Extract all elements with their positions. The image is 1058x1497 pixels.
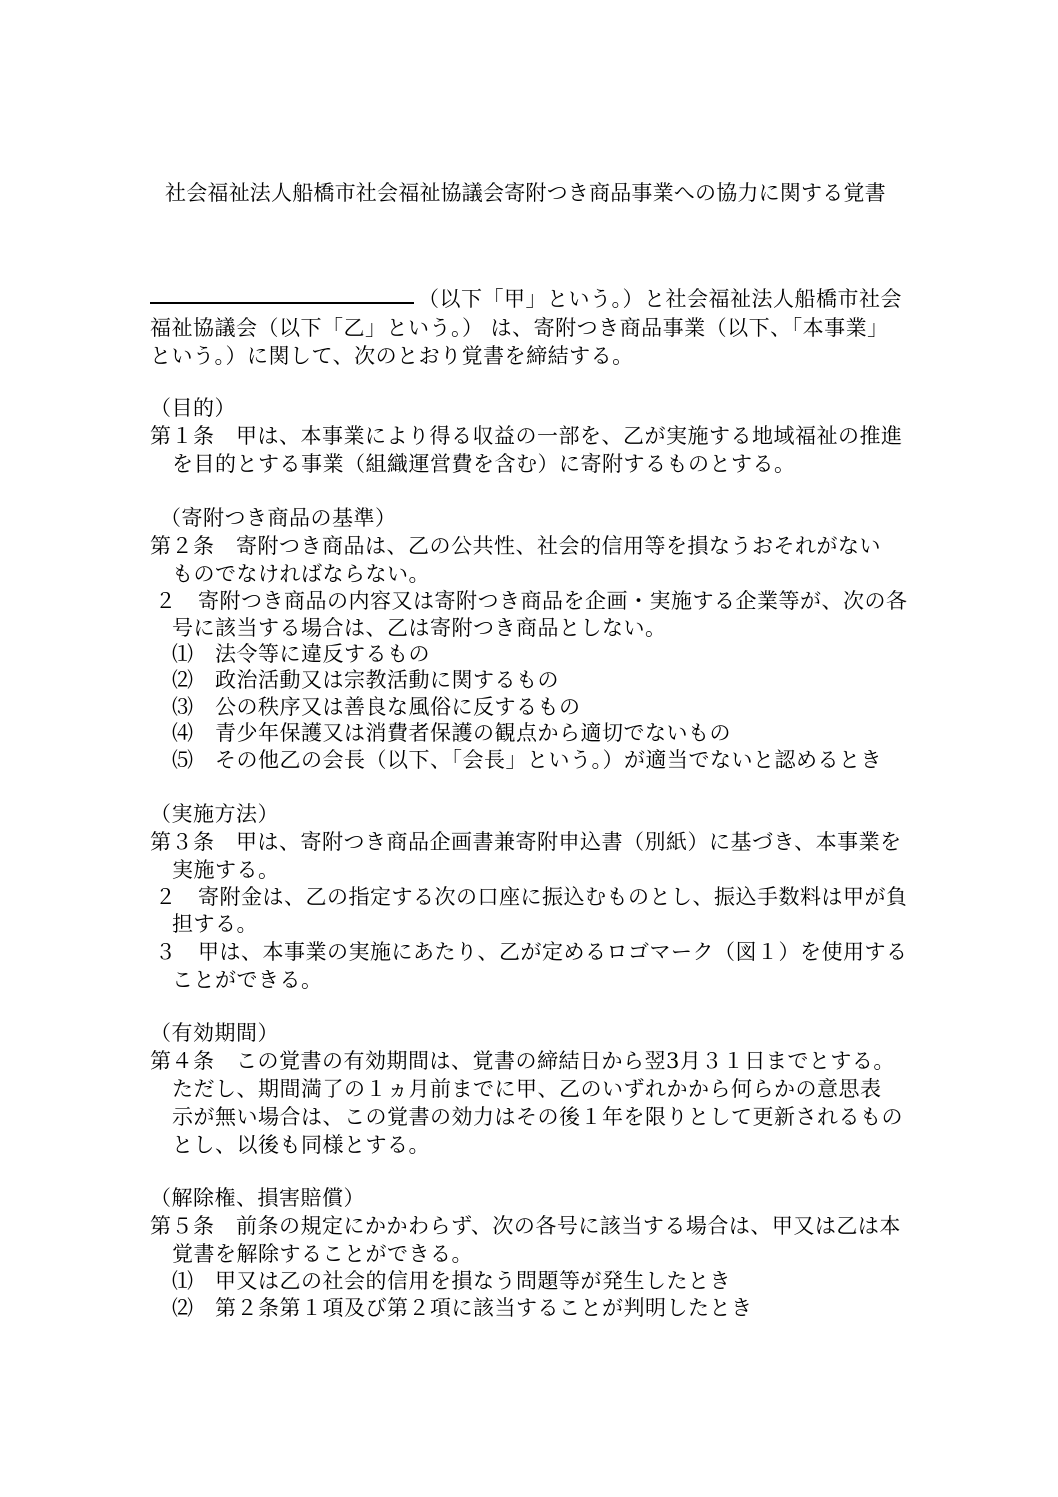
document-page: 社会福祉法人船橋市社会福祉協議会寄附つき商品事業への協力に関する覚書 （以下「甲… <box>0 0 1058 1497</box>
article-4-line: とし、以後も同様とする。 <box>172 1132 430 1158</box>
article-3-line: 担する。 <box>172 911 258 937</box>
preamble-line-2: 福祉協議会（以下「乙」という。） は、寄附つき商品事業（以下、「本事業」 <box>150 315 889 341</box>
article-5-item-text: 第２条第１項及び第２項に該当することが判明したとき <box>215 1295 753 1321</box>
article-2-line: 号に該当する場合は、乙は寄附つき商品としない。 <box>172 615 667 641</box>
article-2-item-text: 法令等に違反するもの <box>215 641 430 667</box>
article-4-line: 示が無い場合は、この覚書の効力はその後１年を限りとして更新されるもの <box>172 1104 903 1130</box>
article-5-item-number: ⑴ <box>172 1268 194 1294</box>
article-2-item-number: ⑷ <box>172 720 194 746</box>
article-3-line: 第３条 甲は、寄附つき商品企画書兼寄附申込書（別紙）に基づき、本事業を <box>150 829 902 855</box>
article-2-item-text: 政治活動又は宗教活動に関するもの <box>215 667 559 693</box>
article-5-item-text: 甲又は乙の社会的信用を損なう問題等が発生したとき <box>215 1268 731 1294</box>
article-2-item-number: ⑵ <box>172 667 194 693</box>
article-5-line: 覚書を解除することができる。 <box>172 1241 473 1267</box>
document-title: 社会福祉法人船橋市社会福祉協議会寄附つき商品事業への協力に関する覚書 <box>165 180 886 206</box>
article-2-item-number: ⑶ <box>172 694 194 720</box>
article-5-item-number: ⑵ <box>172 1295 194 1321</box>
article-1-line: を目的とする事業（組織運営費を含む）に寄附するものとする。 <box>172 451 796 477</box>
article-4-heading: （有効期間） <box>150 1020 279 1046</box>
article-2-item-text: 公の秩序又は善良な風俗に反するもの <box>215 694 581 720</box>
article-3-heading: （実施方法） <box>150 801 279 827</box>
article-5-heading: （解除権、損害賠償） <box>150 1185 365 1211</box>
preamble-line-3: という。）に関して、次のとおり覚書を締結する。 <box>150 343 634 369</box>
article-2-item-number: ⑸ <box>172 747 194 773</box>
party-name-blank-field <box>150 302 414 304</box>
article-2-heading: （寄附つき商品の基準） <box>160 505 397 531</box>
article-3-line: 実施する。 <box>172 857 280 883</box>
preamble-line-1: （以下「甲」という。）と社会福祉法人船橋市社会 <box>418 286 902 312</box>
article-4-line: 第４条 この覚書の有効期間は、覚書の締結日から翌3月３１日までとする。 <box>150 1048 895 1074</box>
article-2-line: ２ 寄附つき商品の内容又は寄附つき商品を企画・実施する企業等が、次の各 <box>155 588 908 614</box>
article-4-line: ただし、期間満了の１ヵ月前までに甲、乙のいずれかから何らかの意思表 <box>172 1076 882 1102</box>
article-2-item-text: 青少年保護又は消費者保護の観点から適切でないもの <box>215 720 731 746</box>
article-3-line: ことができる。 <box>172 967 323 993</box>
article-2-item-text: その他乙の会長（以下、「会長」という。）が適当でないと認めるとき <box>215 747 882 773</box>
article-2-line: 第２条 寄附つき商品は、乙の公共性、社会的信用等を損なうおそれがない <box>150 533 881 559</box>
article-5-line: 第５条 前条の規定にかかわらず、次の各号に該当する場合は、甲又は乙は本 <box>150 1213 901 1239</box>
article-1-heading: （目的） <box>150 395 236 421</box>
article-1-line: 第１条 甲は、本事業により得る収益の一部を、乙が実施する地域福祉の推進 <box>150 423 903 449</box>
article-3-line: ２ 寄附金は、乙の指定する次の口座に振込むものとし、振込手数料は甲が負 <box>155 884 908 910</box>
article-2-item-number: ⑴ <box>172 641 194 667</box>
article-3-line: ３ 甲は、本事業の実施にあたり、乙が定めるロゴマーク（図１）を使用する <box>155 939 908 965</box>
article-2-line: ものでなければならない。 <box>172 561 430 587</box>
